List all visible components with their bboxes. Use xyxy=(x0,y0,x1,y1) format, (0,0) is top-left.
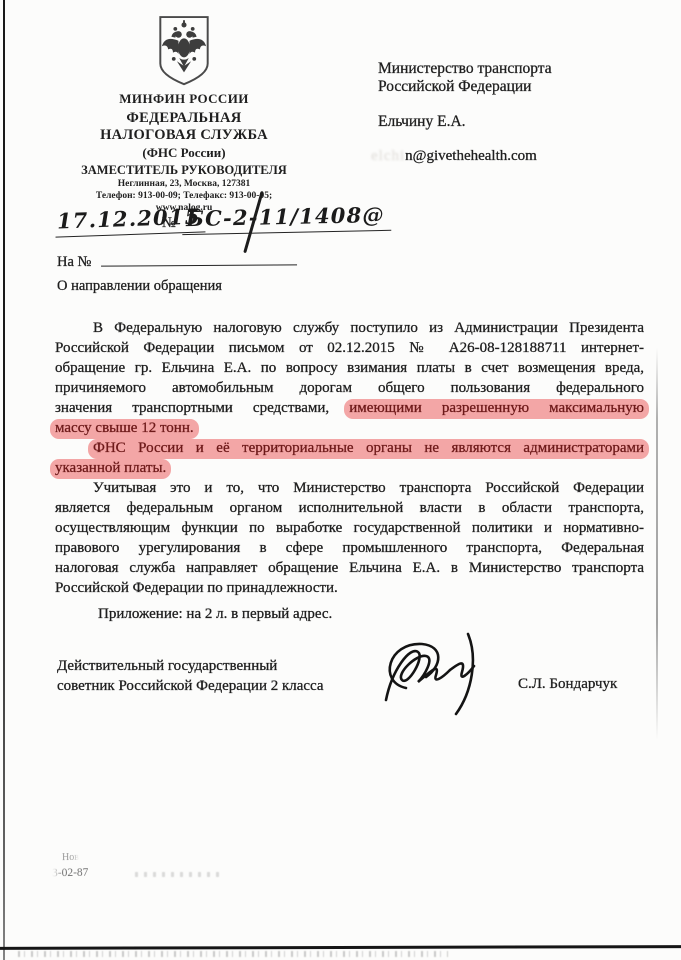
letterhead-org-abbr: (ФНС России) xyxy=(64,145,304,161)
body-line: правового урегулирования в сфере промышл… xyxy=(55,538,644,558)
letter-subject: О направлении обращения xyxy=(57,278,222,295)
body-line: налоговая служба направляет обращение Ел… xyxy=(55,558,644,578)
signer-name: С.Л. Бондарчук xyxy=(518,676,617,693)
attachment-note: Приложение: на 2 л. в первый адрес. xyxy=(98,606,332,623)
highlighted-text: ФНС России и её территориальные органы н… xyxy=(88,439,649,459)
recipient-name: Ельчину Е.А. xyxy=(378,113,552,131)
body-line: является федеральным органом исполнитель… xyxy=(55,498,644,518)
body-line-text: причиняемого автомобильным дорогам общег… xyxy=(55,380,644,396)
letterhead-org-line1: ФЕДЕРАЛЬНАЯ xyxy=(64,110,304,127)
body-line-text: осуществляющим функции по выработке госу… xyxy=(55,520,644,536)
recipient-email: elchin@givethehealth.com xyxy=(371,148,537,165)
body-line-text: В Федеральную налоговую службу поступило… xyxy=(93,320,644,336)
body-line-text: налоговая служба направляет обращение Ел… xyxy=(55,560,644,576)
letterhead: МИНФИН РОССИИ ФЕДЕРАЛЬНАЯ НАЛОГОВАЯ СЛУЖ… xyxy=(64,8,304,214)
reply-reference-blank-line xyxy=(101,251,297,266)
body-line-text: Российской Федерации по принадлежности. xyxy=(55,580,338,596)
body-line: указанной платы. xyxy=(55,458,644,478)
scan-edge-bottom-line xyxy=(0,945,681,950)
body-line-text: обращение гр. Ельчина Е.А. по вопросу вз… xyxy=(55,360,644,376)
reply-reference-row: На № xyxy=(57,252,297,271)
body-line-text: значения транспортными средствами, xyxy=(55,400,349,416)
scan-edge-right-line xyxy=(656,348,658,740)
highlighted-text: имеющими разрешенную максимальную xyxy=(344,399,649,419)
signature-icon xyxy=(372,630,512,722)
signer-title-line1: Действительный государственный xyxy=(57,656,324,676)
body-line: массу свыше 12 тонн. xyxy=(55,418,644,438)
body-line: обращение гр. Ельчина Е.А. по вопросу вз… xyxy=(55,358,644,378)
recipient-org-line1: Министерство транспорта xyxy=(378,60,552,78)
coat-of-arms-icon xyxy=(154,14,214,88)
outgoing-number-handwritten: БС-2-11/1408@ xyxy=(182,202,391,235)
body-line: причиняемого автомобильным дорогам общег… xyxy=(55,378,644,398)
signer-title-line2: советник Российской Федерации 2 класса xyxy=(57,676,324,696)
recipient-org-line2: Российской Федерации xyxy=(378,78,552,96)
body-text: В Федеральную налоговую службу поступило… xyxy=(55,318,644,598)
body-line: Учитывая это и то, что Министерство тран… xyxy=(55,478,644,498)
scan-noise xyxy=(18,951,448,957)
letterhead-org-line2: НАЛОГОВАЯ СЛУЖБА xyxy=(64,127,304,144)
highlighted-text: массу свыше 12 тонн. xyxy=(50,419,199,439)
body-line-text: Российской Федерации письмом от 02.12.20… xyxy=(55,340,644,356)
reply-reference-label: На № xyxy=(57,254,91,270)
footer-smudge xyxy=(135,872,225,877)
letterhead-ministry: МИНФИН РОССИИ xyxy=(64,91,304,107)
body-line: Российской Федерации письмом от 02.12.20… xyxy=(55,338,644,358)
body-line-text: правового урегулирования в сфере промышл… xyxy=(55,540,644,556)
body-line: значения транспортными средствами, имеющ… xyxy=(55,398,644,418)
recipient-block: Министерство транспорта Российской Федер… xyxy=(378,60,552,131)
scanned-letter-page: МИНФИН РОССИИ ФЕДЕРАЛЬНАЯ НАЛОГОВАЯ СЛУЖ… xyxy=(0,0,681,960)
letterhead-address: Неглинная, 23, Москва, 127381 xyxy=(64,179,304,190)
letterhead-phones: Телефон: 913-00-09; Телефакс: 913-00-05; xyxy=(64,191,304,202)
footer-contact-fragment: Нов xyxy=(62,852,79,863)
body-line-text: Учитывая это и то, что Министерство тран… xyxy=(93,480,644,496)
highlighted-text: указанной платы. xyxy=(50,459,171,479)
email-visible-part: n@givethehealth.com xyxy=(405,148,537,164)
body-line: ФНС России и её территориальные органы н… xyxy=(55,438,644,458)
body-line: осуществляющим функции по выработке госу… xyxy=(55,518,644,538)
body-line: Российской Федерации по принадлежности. xyxy=(55,578,644,598)
email-redacted-part: elchi xyxy=(371,148,405,164)
number-sign: № xyxy=(162,215,176,232)
scan-edge-left-line xyxy=(3,0,5,960)
footer-phone-fragment: 3-02-87 xyxy=(52,867,89,880)
signer-title: Действительный государственный советник … xyxy=(57,656,324,696)
body-line: В Федеральную налоговую службу поступило… xyxy=(55,318,644,338)
letterhead-position: ЗАМЕСТИТЕЛЬ РУКОВОДИТЕЛЯ xyxy=(64,163,304,178)
body-line-text: является федеральным органом исполнитель… xyxy=(55,500,644,516)
